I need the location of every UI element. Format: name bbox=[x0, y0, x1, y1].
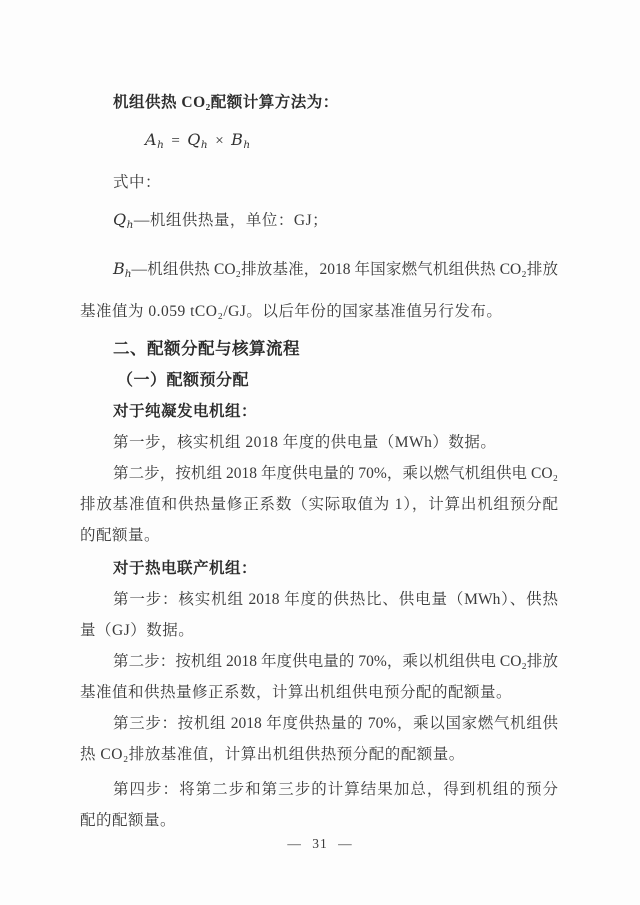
heat-quota-method-title: 机组供热 CO₂配额计算方法为： bbox=[80, 84, 558, 121]
equals-sign: = bbox=[171, 133, 180, 149]
bh-definition-line2: 基准值为 0.059 tCO₂/GJ。以后年份的国家基准值另行发布。 bbox=[80, 293, 558, 330]
formula-sub-h: h bbox=[243, 139, 250, 151]
chp-step3-line1: 第三步：按机组 2018 年度供热量的 70%，乘以国家燃气机组供 bbox=[80, 708, 558, 739]
heat-quota-formula: Ah=Qh×Bh bbox=[80, 121, 558, 164]
bh-var: B bbox=[113, 259, 125, 278]
condensing-unit-label: 对于纯凝发电机组： bbox=[80, 396, 558, 427]
chp-step1-line1: 第一步：核实机组 2018 年度的供热比、供电量（MWh）、供热 bbox=[80, 584, 558, 615]
subsection-heading-prealloc: （一）配额预分配 bbox=[80, 365, 558, 396]
condensing-step2-line3: 的配额量。 bbox=[80, 520, 558, 551]
chp-step1-line2: 量（GJ）数据。 bbox=[80, 615, 558, 646]
chp-step4-line2: 配的配额量。 bbox=[80, 805, 558, 836]
condensing-step2-line2: 排放基准值和供热量修正系数（实际取值为 1），计算出机组预分配 bbox=[80, 489, 558, 520]
formula-var-a: A bbox=[145, 130, 157, 149]
condensing-step1: 第一步，核实机组 2018 年度的供电量（MWh）数据。 bbox=[80, 427, 558, 458]
bh-sub: h bbox=[125, 268, 132, 280]
section-heading-allocation: 二、配额分配与核算流程 bbox=[80, 334, 558, 365]
chp-unit-label: 对于热电联产机组： bbox=[80, 553, 558, 584]
document-body: 机组供热 CO₂配额计算方法为： Ah=Qh×Bh 式中： Qh—机组供热量，单… bbox=[80, 84, 558, 836]
bh-definition-line1: Bh—机组供热 CO₂排放基准，2018 年国家燃气机组供热 CO₂排放 bbox=[80, 250, 558, 293]
formula-var-q: Q bbox=[187, 130, 201, 149]
chp-step4-line1: 第四步：将第二步和第三步的计算结果加总，得到机组的预分 bbox=[80, 774, 558, 805]
multiply-sign: × bbox=[215, 133, 224, 149]
condensing-step2-line1: 第二步，按机组 2018 年度供电量的 70%，乘以燃气机组供电 CO₂ bbox=[80, 458, 558, 489]
formula-var-b: B bbox=[231, 130, 243, 149]
qh-definition-text: —机组供热量，单位：GJ； bbox=[134, 212, 328, 229]
qh-sub: h bbox=[127, 219, 134, 231]
formula-sub-h: h bbox=[157, 139, 164, 151]
bh-definition-text: —机组供热 CO₂排放基准，2018 年国家燃气机组供热 CO₂排放 bbox=[132, 261, 558, 278]
qh-var: Q bbox=[113, 210, 127, 229]
chp-step2-line1: 第二步：按机组 2018 年度供电量的 70%，乘以机组供电 CO₂排放 bbox=[80, 646, 558, 677]
qh-definition: Qh—机组供热量，单位：GJ； bbox=[80, 201, 558, 244]
page-number: — 31 — bbox=[0, 836, 640, 852]
formula-sub-h: h bbox=[201, 139, 208, 151]
chp-step2-line2: 基准值和供热量修正系数，计算出机组供电预分配的配额量。 bbox=[80, 677, 558, 708]
chp-step3-line2: 热 CO₂排放基准值，计算出机组供热预分配的配额量。 bbox=[80, 739, 558, 770]
where-label: 式中： bbox=[80, 164, 558, 201]
document-page: 机组供热 CO₂配额计算方法为： Ah=Qh×Bh 式中： Qh—机组供热量，单… bbox=[0, 0, 640, 905]
